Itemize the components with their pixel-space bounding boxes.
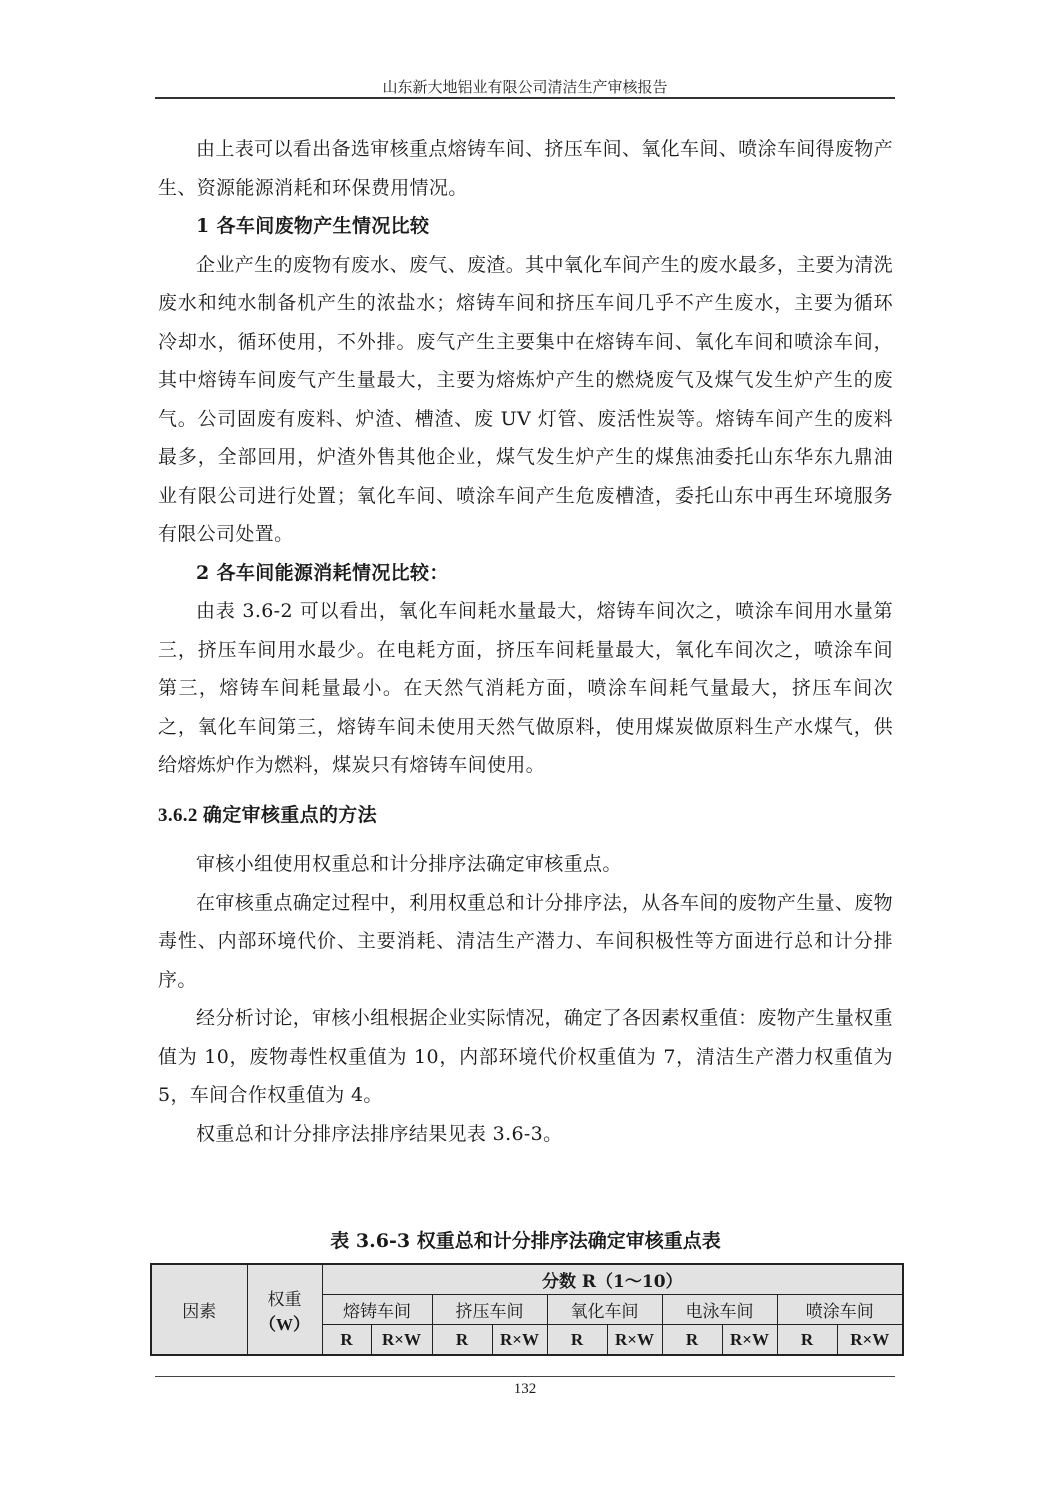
method-paragraph-3: 经分析讨论，审核小组根据企业实际情况，确定了各因素权重值：废物产生量权重值为 1… bbox=[158, 999, 893, 1115]
method-paragraph-1: 审核小组使用权重总和计分排序法确定审核重点。 bbox=[158, 845, 893, 884]
header-sub-rw: R×W bbox=[722, 1325, 777, 1356]
section-1-paragraph: 企业产生的废物有废水、废气、废渣。其中氧化车间产生的废水最多，主要为清洗废水和纯… bbox=[158, 246, 893, 554]
header-workshop-oxidation: 氧化车间 bbox=[547, 1295, 662, 1325]
header-weight: 权重 （W） bbox=[247, 1264, 322, 1355]
header-sub-r: R bbox=[432, 1325, 492, 1356]
table-caption: 表 3.6-3 权重总和计分排序法确定审核重点表 bbox=[158, 1226, 893, 1253]
method-paragraph-2: 在审核重点确定过程中，利用权重总和计分排序法，从各车间的废物产生量、废物毒性、内… bbox=[158, 884, 893, 1000]
section-2-heading: 2 各车间能源消耗情况比较： bbox=[158, 554, 893, 593]
header-sub-r: R bbox=[547, 1325, 607, 1356]
header-sub-rw: R×W bbox=[837, 1325, 903, 1356]
header-weight-symbol: （W） bbox=[248, 1310, 322, 1335]
intro-paragraph: 由上表可以看出备选审核重点熔铸车间、挤压车间、氧化车间、喷涂车间得废物产生、资源… bbox=[158, 130, 893, 207]
section-1-heading: 1 各车间废物产生情况比较 bbox=[158, 207, 893, 246]
header-workshop-spraying: 喷涂车间 bbox=[777, 1295, 903, 1325]
header-sub-rw: R×W bbox=[607, 1325, 662, 1356]
page-number: 132 bbox=[155, 1381, 895, 1398]
header-workshop-electrophoresis: 电泳车间 bbox=[662, 1295, 777, 1325]
header-sub-r: R bbox=[322, 1325, 371, 1356]
header-workshop-casting: 熔铸车间 bbox=[322, 1295, 432, 1325]
header-workshop-extrusion: 挤压车间 bbox=[432, 1295, 547, 1325]
header-factor: 因素 bbox=[151, 1264, 247, 1355]
header-score-group: 分数 R（1～10） bbox=[322, 1264, 903, 1295]
header-sub-rw: R×W bbox=[371, 1325, 432, 1356]
document-header-title: 山东新大地铝业有限公司清洁生产审核报告 bbox=[155, 76, 895, 97]
header-sub-r: R bbox=[777, 1325, 837, 1356]
footer-divider bbox=[155, 1376, 895, 1377]
section-3-6-2-heading: 3.6.2 确定审核重点的方法 bbox=[158, 797, 893, 836]
page-body: 由上表可以看出备选审核重点熔铸车间、挤压车间、氧化车间、喷涂车间得废物产生、资源… bbox=[158, 130, 893, 1153]
header-divider bbox=[155, 97, 895, 99]
header-sub-r: R bbox=[662, 1325, 722, 1356]
section-2-paragraph: 由表 3.6-2 可以看出，氧化车间耗水量最大，熔铸车间次之，喷涂车间用水量第三… bbox=[158, 592, 893, 785]
method-paragraph-4: 权重总和计分排序法排序结果见表 3.6-3。 bbox=[158, 1115, 893, 1154]
header-sub-rw: R×W bbox=[492, 1325, 547, 1356]
header-weight-label: 权重 bbox=[248, 1285, 322, 1310]
weighted-score-table: 因素 权重 （W） 分数 R（1～10） 熔铸车间 挤压车间 氧化车间 电泳车间… bbox=[150, 1263, 904, 1356]
